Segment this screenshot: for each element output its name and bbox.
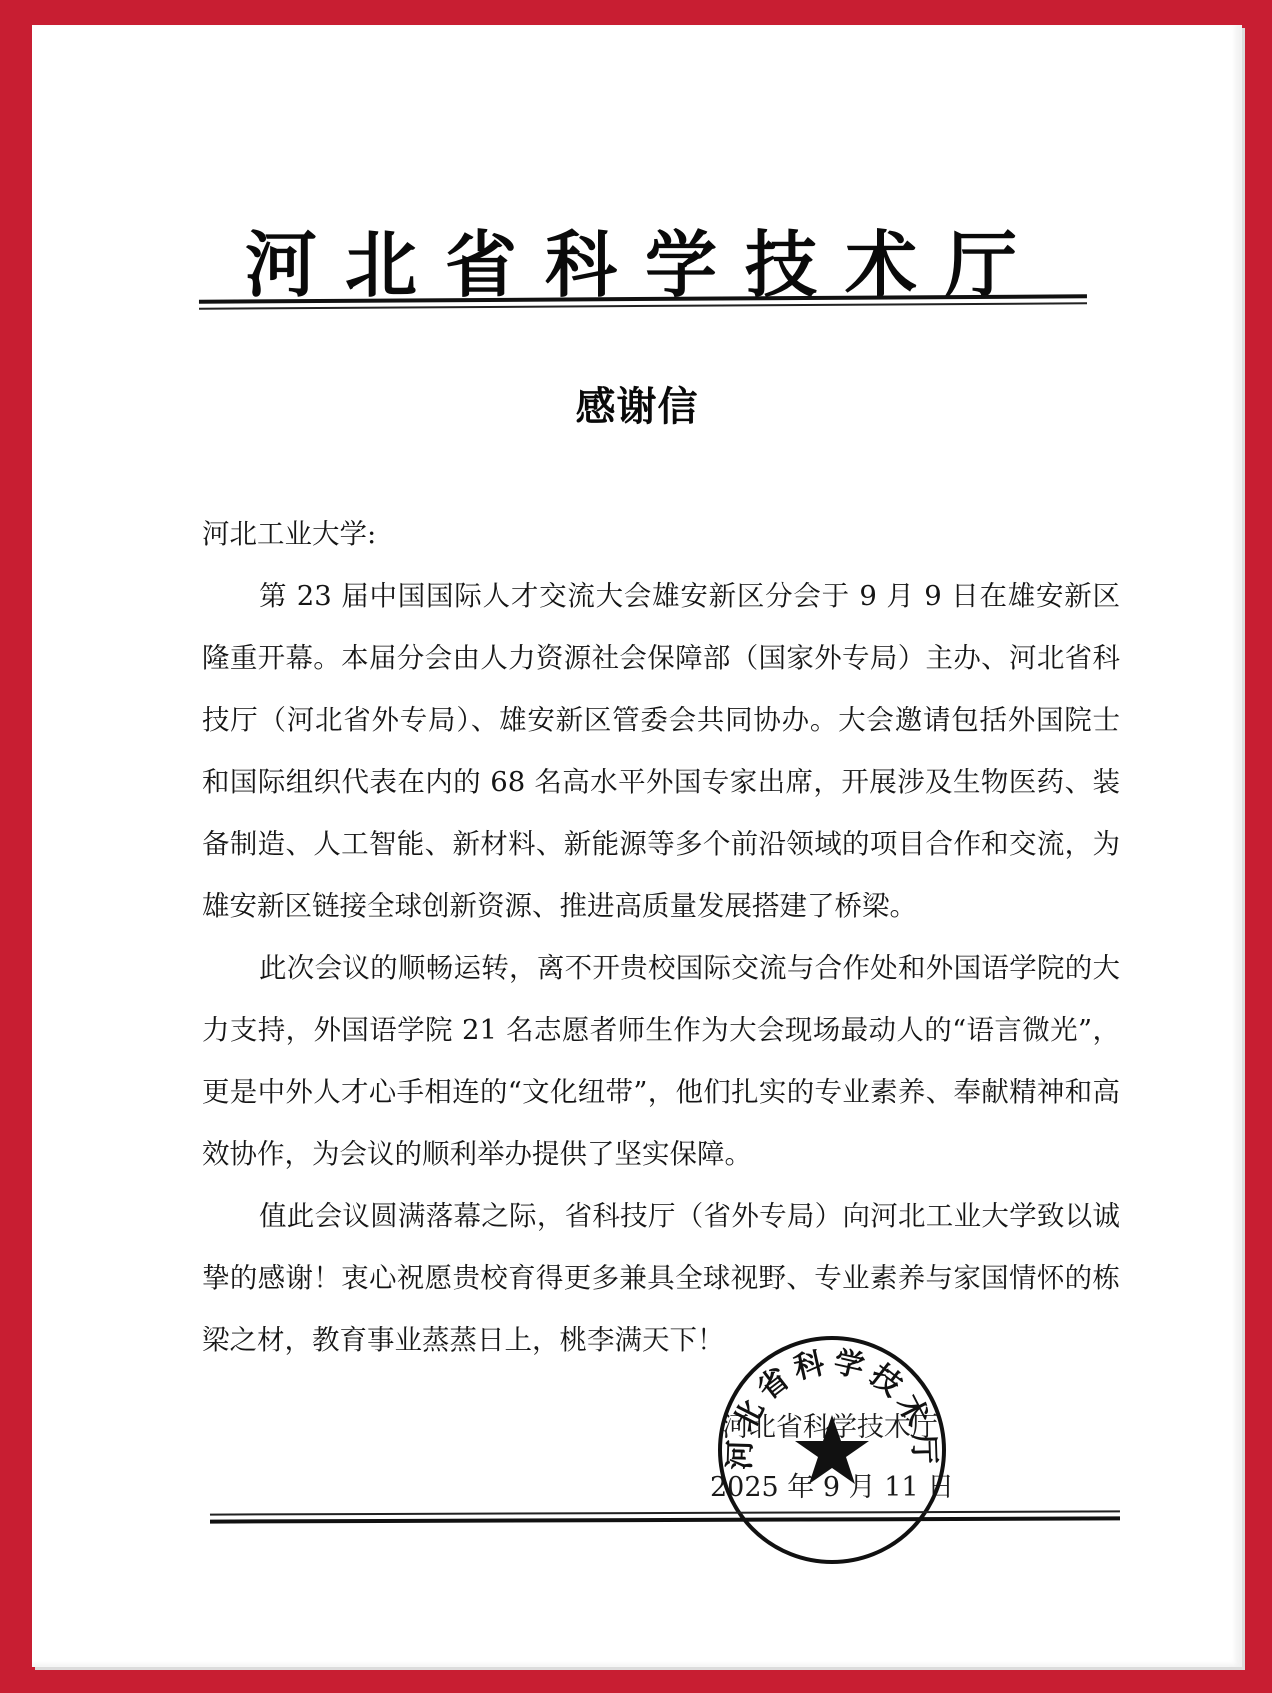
paragraph-3: 值此会议圆满落幕之际，省科技厅（省外专局）向河北工业大学致以诚挚的感谢！衷心祝愿… [202,1185,1120,1371]
paragraph-1: 第 23 届中国国际人才交流大会雄安新区分会于 9 月 9 日在雄安新区隆重开幕… [202,565,1120,937]
letter-paper: 河北省科学技术厅 感谢信 河北工业大学: 第 23 届中国国际人才交流大会雄安新… [32,25,1242,1667]
footer-thin-line [210,1510,1120,1515]
paragraph-2: 此次会议的顺畅运转，离不开贵校国际交流与合作处和外国语学院的大力支持，外国语学院… [202,937,1120,1185]
letter-body: 河北工业大学: 第 23 届中国国际人才交流大会雄安新区分会于 9 月 9 日在… [202,503,1120,1371]
letter-greeting: 河北工业大学: [202,503,1120,565]
star-icon [795,1415,869,1484]
footer-thick-line [210,1516,1120,1523]
divider-thin-line [199,302,1087,309]
letter-title: 感谢信 [32,375,1242,432]
official-seal: 河北省科学技术厅 [715,1333,949,1567]
footer-divider [210,1510,1120,1525]
